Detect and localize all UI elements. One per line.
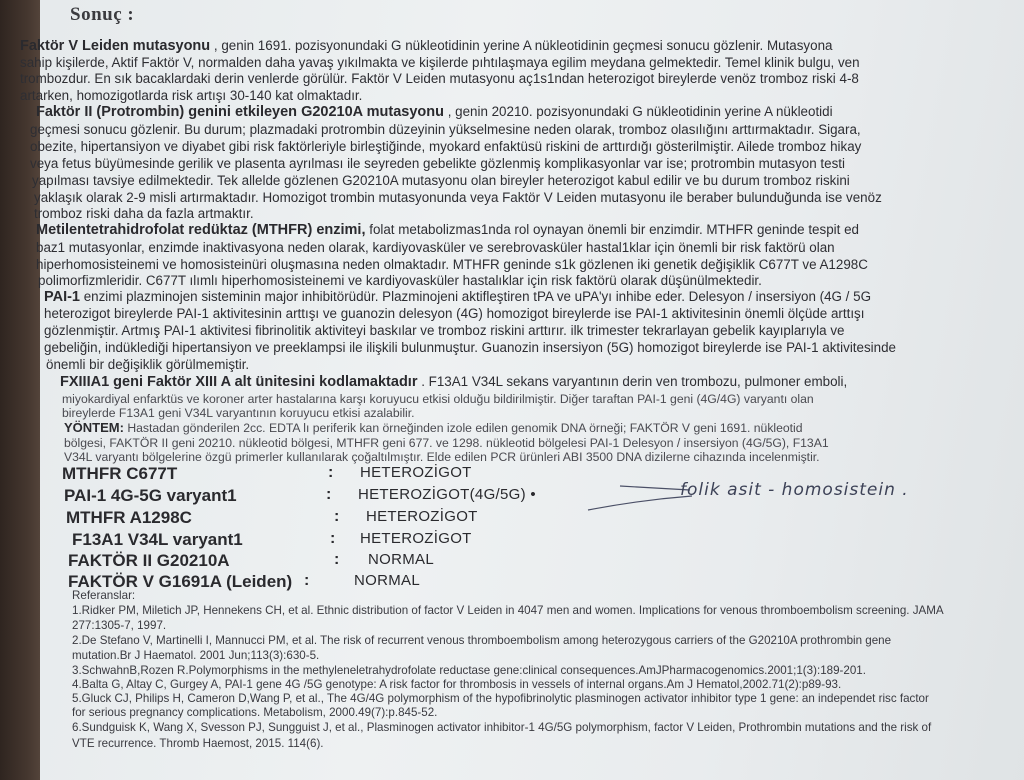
paragraph-line: V34L varyantı bölgelerine özgü primerler… <box>64 449 820 465</box>
result-value: NORMAL <box>368 551 434 568</box>
result-colon: : <box>304 572 309 590</box>
paragraph-line: hiperhomosisteinemi ve homosisteinüri ol… <box>36 257 868 273</box>
result-colon: : <box>334 551 339 569</box>
paragraph-line: obezite, hipertansiyon ve diyabet gibi r… <box>30 139 861 155</box>
result-value: HETEROZİGOT <box>360 464 472 481</box>
result-colon: : <box>326 486 331 504</box>
result-value: HETEROZİGOT(4G/5G) • <box>358 486 536 503</box>
paragraph-line: bireylerde F13A1 geni V34L varyantının k… <box>62 405 415 421</box>
paragraph-line: baz1 mutasyonlar, enzimde inaktivasyona … <box>36 240 835 256</box>
paragraph-line: yapılması tavsiye edilmektedir. Tek alle… <box>32 173 850 189</box>
paragraph-line: trombozdur. En sık bacaklardaki derin ve… <box>20 71 859 87</box>
section-title: YÖNTEM: <box>64 420 124 435</box>
result-label: F13A1 V34L varyant1 <box>72 530 243 550</box>
result-label: MTHFR C677T <box>62 464 177 484</box>
handwritten-note: folik asit - homosistein . <box>680 480 909 500</box>
paragraph-line: geçmesi sonucu gözlenir. Bu durum; plazm… <box>30 122 861 138</box>
paragraph-line: sahip kişilerde, Aktif Faktör V, normald… <box>20 55 860 71</box>
reference-line: 1.Ridker PM, Miletich JP, Hennekens CH, … <box>72 603 944 619</box>
paragraph-line: , genin 1691. pozisyonundaki G nükleotid… <box>210 38 832 53</box>
paragraph-line: polimorfizmleridir. C677T ılımlı hiperho… <box>38 273 762 289</box>
paragraph-line: . F13A1 V34L sekans varyantının derin ve… <box>417 374 847 389</box>
report-page: Sonuç : Faktör V Leiden mutasyonu , geni… <box>40 0 1024 780</box>
paragraph-line: gözlenmiştir. Artmış PAI-1 aktivitesi fi… <box>44 323 844 339</box>
section-title: FXIIIA1 geni Faktör XIII A alt ünitesini… <box>60 374 417 390</box>
result-colon: : <box>330 530 335 548</box>
reference-line: 2.De Stefano V, Martinelli I, Mannucci P… <box>72 633 891 649</box>
reference-line: VTE recurrence. Thromb Haemost, 2015. 11… <box>72 736 324 752</box>
paragraph-line: , genin 20210. pozisyonundaki G nükleoti… <box>444 104 833 119</box>
paragraph-line: yaklaşık olarak 2-9 misli artırmaktadır.… <box>34 190 882 206</box>
section-title: PAI-1 <box>44 289 80 305</box>
paragraph-line: gebeliğin, indüklediği hipertansiyon ve … <box>44 340 896 356</box>
references-title: Referanslar: <box>72 588 135 604</box>
page-title: Sonuç : <box>70 4 134 26</box>
section-title: Faktör V Leiden mutasyonu <box>20 38 210 54</box>
paragraph-line: artarken, homozigotlarda risk artışı 30-… <box>20 88 362 104</box>
result-label: FAKTÖR II G20210A <box>68 551 230 571</box>
result-colon: : <box>334 508 339 526</box>
section-title: Faktör II (Protrombin) genini etkileyen … <box>36 104 444 120</box>
paragraph-line: önemli bir değişiklik görülmemiştir. <box>46 357 249 373</box>
result-value: HETEROZİGOT <box>366 508 478 525</box>
section-title: Metilentetrahidrofolat redüktaz (MTHFR) … <box>36 222 366 238</box>
paragraph-line: heterozigot bireylerde PAI-1 aktivitesin… <box>44 306 864 322</box>
paragraph-line: Hastadan gönderilen 2cc. EDTA lı perifer… <box>124 421 803 435</box>
result-label: PAI-1 4G-5G varyant1 <box>64 486 237 506</box>
result-colon: : <box>328 464 333 482</box>
paragraph-line: veya fetus büyümesinde gerilik ve plasen… <box>30 156 845 172</box>
reference-line: 277:1305-7, 1997. <box>72 618 166 634</box>
reference-line: for serious pregnancy complications. Met… <box>72 705 437 721</box>
reference-line: mutation.Br J Haematol. 2001 Jun;113(3):… <box>72 648 319 664</box>
reference-line: 6.Sundguisk K, Wang X, Svesson PJ, Sungg… <box>72 720 931 736</box>
result-value: NORMAL <box>354 572 420 589</box>
paragraph-line: tromboz riski daha da fazla artmaktır. <box>34 206 254 222</box>
paragraph-line: folat metabolizmas1nda rol oynayan öneml… <box>366 222 859 237</box>
result-value: HETEROZİGOT <box>360 530 472 547</box>
paragraph-line: enzimi plazminojen sisteminin major inhi… <box>80 289 871 304</box>
result-label: MTHFR A1298C <box>66 508 192 528</box>
